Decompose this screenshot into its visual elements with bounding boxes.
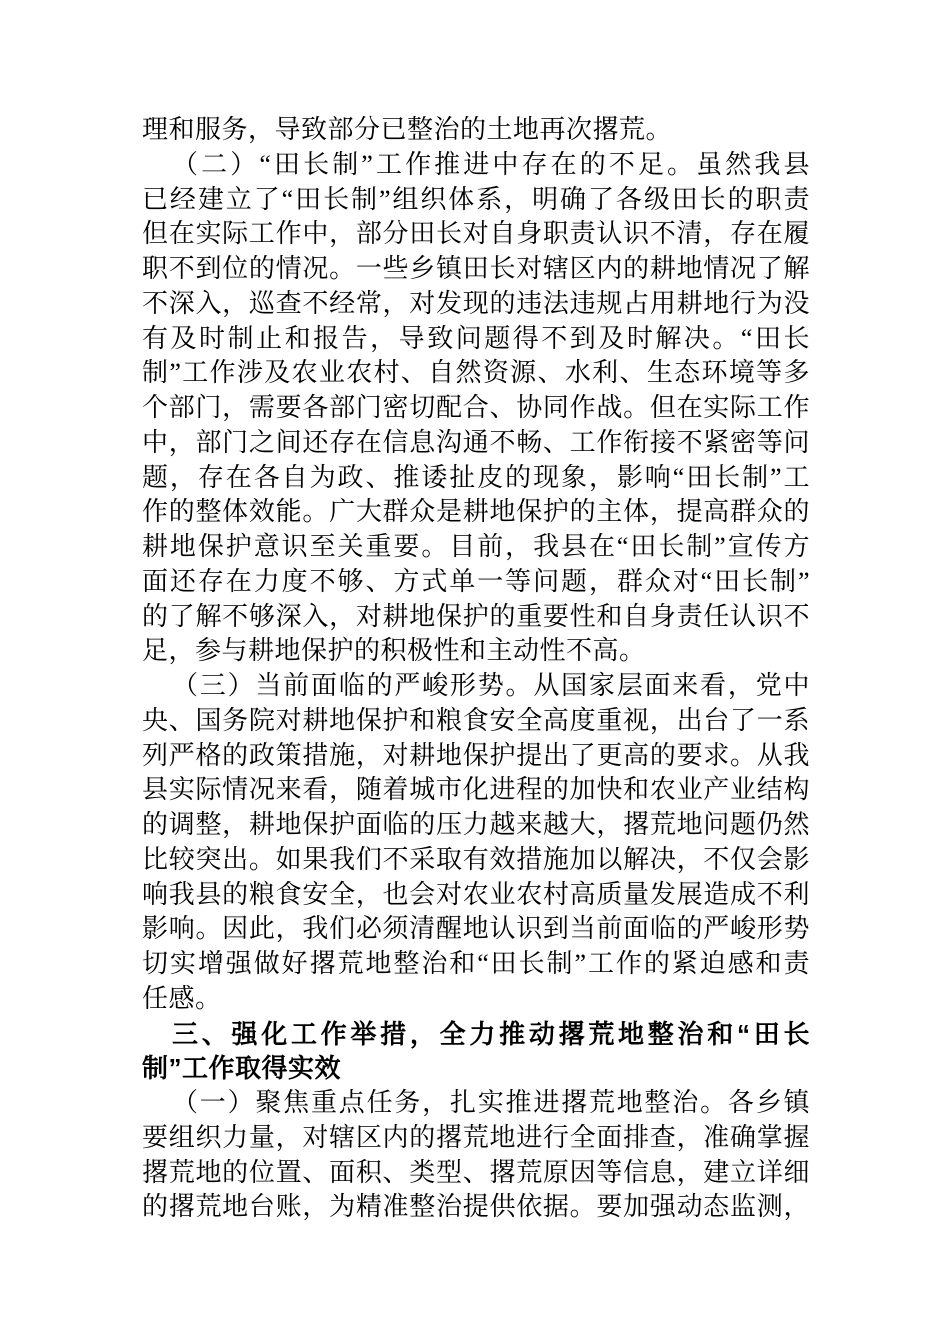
- body-line: 面还存在力度不够、方式单一等问题，群众对“田长制”: [142, 565, 810, 600]
- body-line: 有及时制止和报告，导致问题得不到及时解决。“田长: [142, 322, 810, 357]
- body-line: （三）当前面临的严峻形势。从国家层面来看，党中: [142, 669, 810, 704]
- body-line: 已经建立了“田长制”组织体系，明确了各级田长的职责: [142, 183, 810, 218]
- body-line: 制”工作涉及农业农村、自然资源、水利、生态环境等多: [142, 356, 810, 391]
- body-line: （一）聚焦重点任务，扎实推进撂荒地整治。各乡镇: [142, 1086, 810, 1121]
- body-line: 作的整体效能。广大群众是耕地保护的主体，提高群众的: [142, 495, 810, 530]
- document-page: 理和服务，导致部分已整治的土地再次撂荒。 （二）“田长制”工作推进中存在的不足。…: [0, 0, 950, 1344]
- body-line: 撂荒地的位置、面积、类型、撂荒原因等信息，建立详细: [142, 1156, 810, 1191]
- body-line: 要组织力量，对辖区内的撂荒地进行全面排查，准确掌握: [142, 1121, 810, 1156]
- body-line: 列严格的政策措施，对耕地保护提出了更高的要求。从我: [142, 739, 810, 774]
- body-line: 县实际情况来看，随着城市化进程的加快和农业产业结构: [142, 773, 810, 808]
- body-line: （二）“田长制”工作推进中存在的不足。虽然我县: [142, 148, 810, 183]
- body-line: 耕地保护意识至关重要。目前，我县在“田长制”宣传方: [142, 530, 810, 565]
- body-line: 的撂荒地台账，为精准整治提供依据。要加强动态监测，: [142, 1190, 810, 1225]
- body-line: 中，部门之间还存在信息沟通不畅、工作衔接不紧密等问: [142, 426, 810, 461]
- body-line: 职不到位的情况。一些乡镇田长对辖区内的耕地情况了解: [142, 252, 810, 287]
- body-line: 响我县的粮食安全，也会对农业农村高质量发展造成不利: [142, 878, 810, 913]
- document-text: 理和服务，导致部分已整治的土地再次撂荒。 （二）“田长制”工作推进中存在的不足。…: [142, 113, 810, 1225]
- body-line: 切实增强做好撂荒地整治和“田长制”工作的紧迫感和责: [142, 947, 810, 982]
- heading-line: 三、强化工作举措，全力推动撂荒地整治和“田长: [142, 1017, 810, 1052]
- body-line: 不深入，巡查不经常，对发现的违法违规占用耕地行为没: [142, 287, 810, 322]
- body-line: 的了解不够深入，对耕地保护的重要性和自身责任认识不: [142, 600, 810, 635]
- body-line: 但在实际工作中，部分田长对自身职责认识不清，存在履: [142, 217, 810, 252]
- body-line: 题，存在各自为政、推诿扯皮的现象，影响“田长制”工: [142, 461, 810, 496]
- body-line: 比较突出。如果我们不采取有效措施加以解决，不仅会影: [142, 843, 810, 878]
- body-line: 央、国务院对耕地保护和粮食安全高度重视，出台了一系: [142, 704, 810, 739]
- body-line: 个部门，需要各部门密切配合、协同作战。但在实际工作: [142, 391, 810, 426]
- heading-line: 制”工作取得实效: [142, 1051, 810, 1086]
- body-line: 理和服务，导致部分已整治的土地再次撂荒。: [142, 113, 810, 148]
- body-line: 影响。因此，我们必须清醒地认识到当前面临的严峻形势: [142, 912, 810, 947]
- body-line: 任感。: [142, 982, 810, 1017]
- body-line: 的调整，耕地保护面临的压力越来越大，撂荒地问题仍然: [142, 808, 810, 843]
- body-line: 足，参与耕地保护的积极性和主动性不高。: [142, 634, 810, 669]
